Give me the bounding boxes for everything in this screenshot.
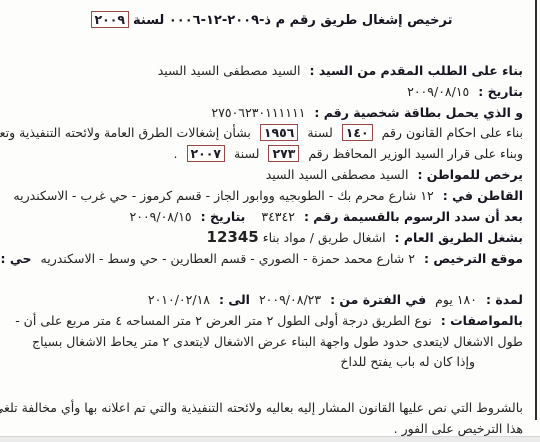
location-value: ٢ شارع محمد حمزة - الصوري - قسم العطارين… xyxy=(41,251,415,266)
law-post: بشأن إشغالات الطرق العامة ولائحته التنفي… xyxy=(0,125,251,140)
fees-value: ٣٤٣٤٢ xyxy=(261,209,295,224)
line-id-card: و الذي يحمل بطاقة شخصية رقم : ٢٧٥٠٦٢٣٠١١… xyxy=(20,103,523,124)
residence-label: القاطن في : xyxy=(443,188,523,203)
permit-document-page: ترخيص إشغال طريق رقم م ذ-٢٠٠٩-١٢-٠٠٠٦ لس… xyxy=(0,0,540,442)
line-request-date: بتاريخ : ٢٠٠٩/٠٨/١٥ xyxy=(20,82,523,103)
request-value: السيد مصطفى السيد السيد xyxy=(158,63,301,78)
decree-number-box: ٢٧٣ xyxy=(268,145,299,162)
line-specs-cont: طول الاشغال لايتعدى حدود طول واجهة البنا… xyxy=(20,332,523,353)
licensee-value: السيد مصطفى السيد السيد xyxy=(266,167,409,182)
request-date-value: ٢٠٠٩/٠٨/١٥ xyxy=(407,84,469,99)
duration-to-value: ٢٠١٠/٠٢/١٨ xyxy=(148,292,210,307)
occupation-code: 12345 xyxy=(207,228,259,246)
line-specs: بالمواصفات : نوع الطريق درجة أولى الطول … xyxy=(20,311,523,332)
line-location: موقع الترخيص : ٢ شارع محمد حمزة - الصوري… xyxy=(20,249,523,270)
line-occupation: بشغل الطريق العام : اشغال طريق / مواد بن… xyxy=(20,227,523,249)
duration-label: لمدة : xyxy=(486,292,523,307)
title-text: ترخيص إشغال طريق رقم م ذ-٢٠٠٩-١٢-٠٠٠٦ لس… xyxy=(133,13,452,28)
line-conditions2: هذا الترخيص على الفور . xyxy=(20,419,523,440)
id-card-label: و الذي يحمل بطاقة شخصية رقم : xyxy=(314,105,523,120)
decree-pre: وبناء على قرار السيد الوزير المحافظ رقم xyxy=(308,146,523,161)
location-label: موقع الترخيص : xyxy=(424,251,523,266)
duration-to-label: الى : xyxy=(219,292,250,307)
title-year-box: ٢٠٠٩ xyxy=(91,11,130,28)
residence-value: ١٢ شارع محرم بك - الطوبجيه ووابور الجاز … xyxy=(13,188,433,203)
id-card-value: ٢٧٥٠٦٢٣٠١١١١١١ xyxy=(211,105,305,120)
specs-value: نوع الطريق درجة أولى الطول ٢ متر العرض ٢… xyxy=(15,313,432,328)
specs-cont-text: طول الاشغال لايتعدى حدود طول واجهة البنا… xyxy=(32,334,523,349)
fees-date-value: ٢٠٠٩/٠٨/١٥ xyxy=(130,209,192,224)
decree-post: . xyxy=(174,146,178,161)
law-number-box: ١٤٠ xyxy=(342,124,373,141)
line-licensee: يرخص للمواطن : السيد مصطفى السيد السيد xyxy=(20,165,523,186)
request-label: بناء على الطلب المقدم من السيد : xyxy=(309,63,523,78)
fees-date-label: بتاريخ : xyxy=(201,209,246,224)
decree-mid: لسنة xyxy=(234,146,259,161)
line-fees: بعد أن سدد الرسوم بالقسيمة رقم : ٣٤٣٤٢ ب… xyxy=(20,207,523,228)
line-duration: لمدة : ١٨٠ يوم في الفترة من : ٢٠٠٩/٠٨/٢٣… xyxy=(20,290,523,311)
location-district-label: حي : xyxy=(1,251,32,266)
occupation-value: اشغال طريق / مواد بناء xyxy=(263,230,386,245)
line-specs-cont2: وإذا كان له باب يفتح للداخ xyxy=(20,352,523,373)
duration-from-value: ٢٠٠٩/٠٨/٢٣ xyxy=(259,292,321,307)
line-conditions: بالشروط التي نص عليها القانون المشار إلي… xyxy=(20,398,523,419)
line-residence: القاطن في : ١٢ شارع محرم بك - الطوبجيه و… xyxy=(20,186,523,207)
decree-year-box: ٢٠٠٧ xyxy=(187,145,226,162)
specs-cont2-text: وإذا كان له باب يفتح للداخ xyxy=(340,354,475,369)
law-mid: لسنة xyxy=(307,125,332,140)
line-request: بناء على الطلب المقدم من السيد : السيد م… xyxy=(20,61,523,82)
document-title: ترخيص إشغال طريق رقم م ذ-٢٠٠٩-١٢-٠٠٠٦ لس… xyxy=(20,10,523,31)
law-pre: بناء على احكام القانون رقم xyxy=(382,125,523,140)
licensee-label: يرخص للمواطن : xyxy=(417,167,523,182)
conditions2-text: هذا الترخيص على الفور . xyxy=(394,421,523,436)
specs-label: بالمواصفات : xyxy=(441,313,523,328)
line-law: بناء على احكام القانون رقم ١٤٠ لسنة ١٩٥٦… xyxy=(20,123,523,144)
fees-label: بعد أن سدد الرسوم بالقسيمة رقم : xyxy=(304,209,523,224)
duration-from-label: في الفترة من : xyxy=(330,292,426,307)
occupation-label: بشغل الطريق العام : xyxy=(395,230,523,245)
line-decree: وبناء على قرار السيد الوزير المحافظ رقم … xyxy=(20,144,523,165)
conditions-text: بالشروط التي نص عليها القانون المشار إلي… xyxy=(0,400,523,415)
document-content: ترخيص إشغال طريق رقم م ذ-٢٠٠٩-١٢-٠٠٠٦ لس… xyxy=(0,0,540,440)
request-date-label: بتاريخ : xyxy=(478,84,523,99)
duration-value: ١٨٠ يوم xyxy=(435,292,477,307)
law-year-box: ١٩٥٦ xyxy=(260,124,299,141)
